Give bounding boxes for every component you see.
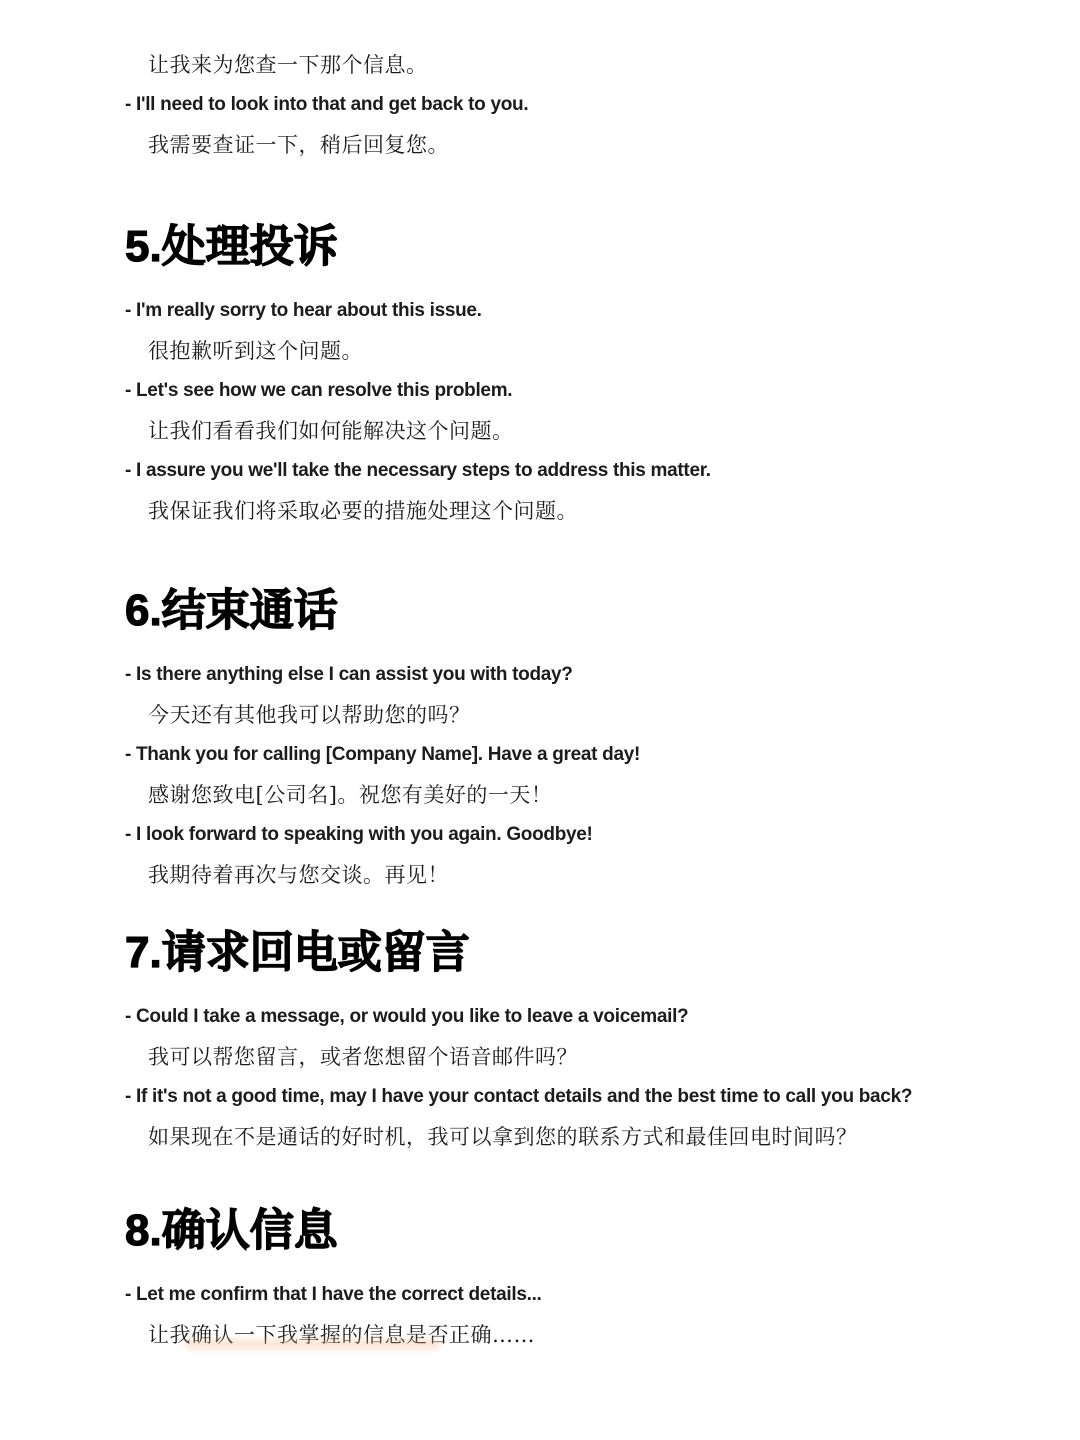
document-page: 让我来为您查一下那个信息。 - I'll need to look into t… <box>0 0 1080 1440</box>
phrase-en: - Let me confirm that I have the correct… <box>125 1282 1025 1308</box>
section-callback-message: 7.请求回电或留言 - Could I take a message, or w… <box>125 928 1025 1150</box>
document-content: 让我来为您查一下那个信息。 - I'll need to look into t… <box>0 0 1080 1348</box>
phrase-en: - I assure you we'll take the necessary … <box>125 458 1025 484</box>
section-heading: 5.处理投诉 <box>125 222 1025 272</box>
section-heading: 7.请求回电或留言 <box>125 928 1025 978</box>
phrase-en: - Is there anything else I can assist yo… <box>125 662 1025 688</box>
phrase-zh: 如果现在不是通话的好时机，我可以拿到您的联系方式和最佳回电时间吗？ <box>125 1124 1025 1150</box>
phrase-en: - Could I take a message, or would you l… <box>125 1004 1025 1030</box>
phrase-en: - If it's not a good time, may I have yo… <box>125 1084 1025 1110</box>
phrase-zh: 感谢您致电[公司名]。祝您有美好的一天！ <box>125 782 1025 808</box>
phrase-en: - Let's see how we can resolve this prob… <box>125 378 1025 404</box>
phrase-en: - Thank you for calling [Company Name]. … <box>125 742 1025 768</box>
section-heading: 8.确认信息 <box>125 1206 1025 1256</box>
phrase-en: - I'm really sorry to hear about this is… <box>125 298 1025 324</box>
section-confirm-info: 8.确认信息 - Let me confirm that I have the … <box>125 1206 1025 1348</box>
phrase-en: - I'll need to look into that and get ba… <box>125 92 1025 118</box>
section-heading: 6.结束通话 <box>125 586 1025 636</box>
section-ending-call: 6.结束通话 - Is there anything else I can as… <box>125 586 1025 888</box>
phrase-zh: 我可以帮您留言，或者您想留个语音邮件吗？ <box>125 1044 1025 1070</box>
phrase-zh: 让我来为您查一下那个信息。 <box>125 52 1025 78</box>
phrase-zh: 我保证我们将采取必要的措施处理这个问题。 <box>125 498 1025 524</box>
phrase-zh: 我期待着再次与您交谈。再见！ <box>125 862 1025 888</box>
phrase-zh: 让我们看看我们如何能解决这个问题。 <box>125 418 1025 444</box>
section-complaints: 5.处理投诉 - I'm really sorry to hear about … <box>125 222 1025 524</box>
phrase-zh: 很抱歉听到这个问题。 <box>125 338 1025 364</box>
phrase-en: - I look forward to speaking with you ag… <box>125 822 1025 848</box>
cutoff-text-artifact <box>185 1339 440 1350</box>
phrase-zh: 我需要查证一下，稍后回复您。 <box>125 132 1025 158</box>
phrase-zh: 今天还有其他我可以帮助您的吗？ <box>125 702 1025 728</box>
